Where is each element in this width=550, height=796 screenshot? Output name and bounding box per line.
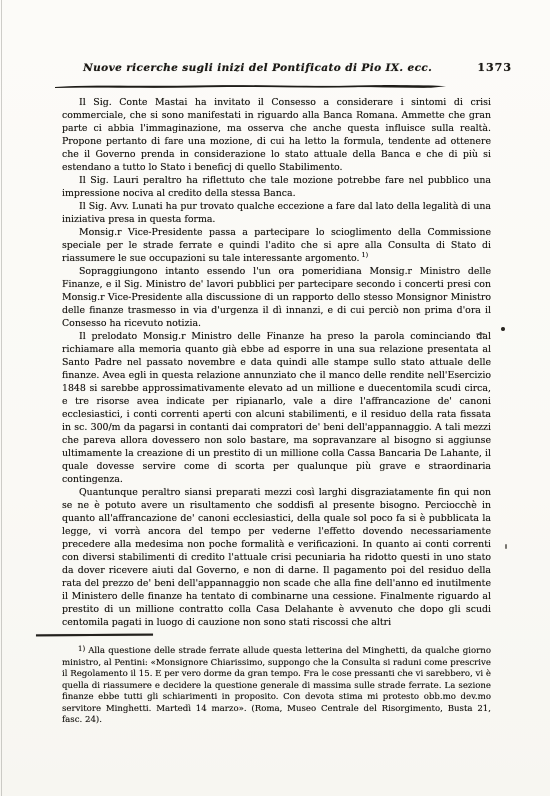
paragraph: Monsig.r Vice-Presidente passa a parteci…: [62, 226, 491, 265]
paragraph: Quantunque peraltro siansi preparati mez…: [62, 486, 491, 629]
ink-spot: [476, 333, 485, 335]
paragraph: Sopraggiungono intanto essendo l'un ora …: [62, 265, 491, 330]
paragraph: Il Sig. Lauri peraltro ha riflettuto che…: [62, 174, 491, 200]
page-number: 1373: [477, 61, 512, 74]
page-header: Nuove ricerche sugli inizi del Pontifica…: [60, 61, 512, 74]
footnote-separator: [36, 634, 153, 637]
body-text: Il Sig. Conte Mastai ha invitato il Cons…: [62, 96, 491, 632]
scanned-page: Nuove ricerche sugli inizi del Pontifica…: [0, 0, 550, 796]
paragraph: Il Sig. Avv. Lunati ha pur trovato qualc…: [62, 200, 491, 226]
paragraph-text: Monsig.r Vice-Presidente passa a parteci…: [62, 227, 491, 264]
paragraph: Il prelodato Monsig.r Ministro delle Fin…: [62, 330, 491, 486]
scan-edge-line: [1, 0, 2, 796]
footnote-text: Alla questione delle strade ferrate allu…: [62, 646, 491, 725]
header-rule: [55, 81, 447, 91]
footnote-reference: 1): [362, 251, 369, 259]
footnote-marker: 1): [78, 645, 85, 653]
ink-spot: [501, 327, 505, 331]
footnote-paragraph: 1)Alla questione delle strade ferrate al…: [62, 644, 491, 727]
paragraph: Il Sig. Conte Mastai ha invitato il Cons…: [62, 96, 491, 174]
footnote: 1)Alla questione delle strade ferrate al…: [62, 644, 491, 727]
ink-spot: [505, 544, 507, 549]
running-title: Nuove ricerche sugli inizi del Pontifica…: [60, 62, 455, 74]
